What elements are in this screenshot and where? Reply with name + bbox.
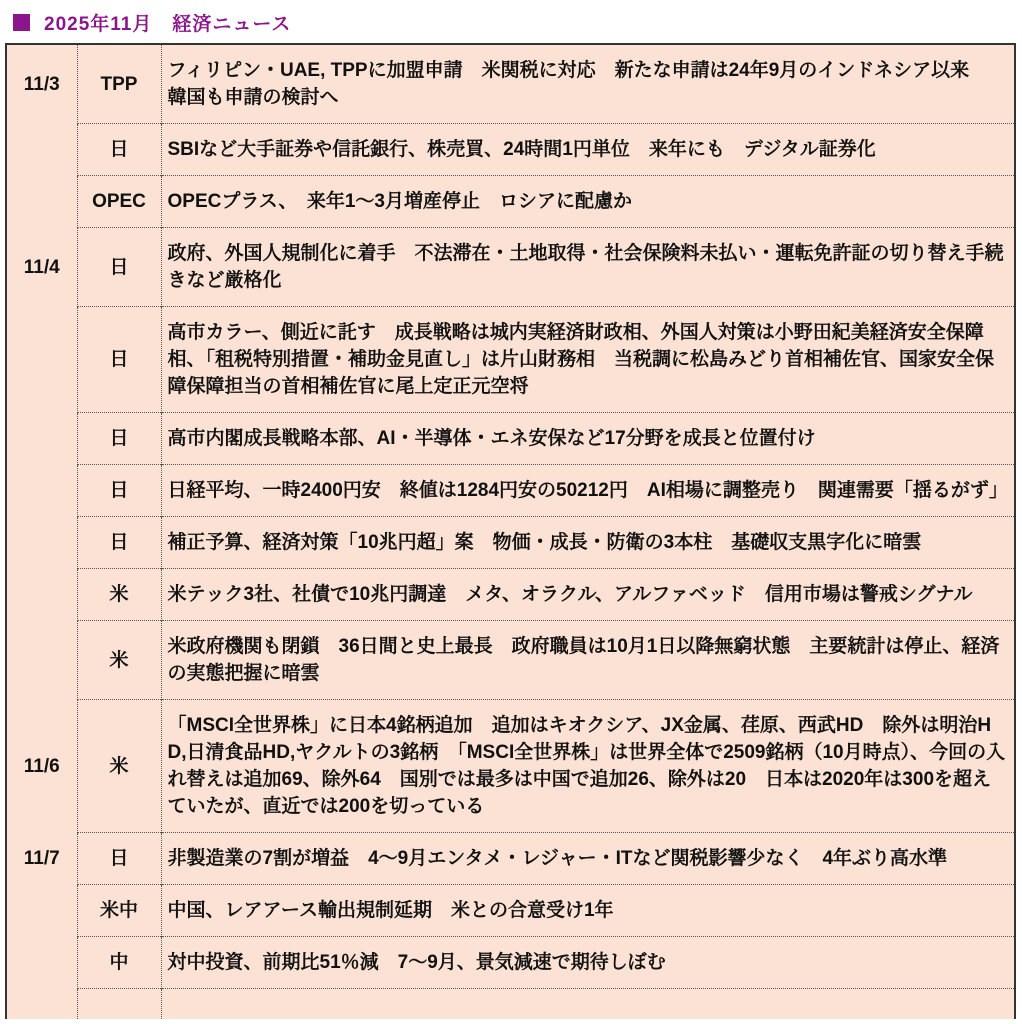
news-text-cell: 「MSCI全世界株」に日本4銘柄追加 追加はキオクシア、JX金属、荏原、西武HD…: [161, 700, 1015, 833]
category-cell: 日: [77, 413, 161, 465]
category-cell: 日: [77, 465, 161, 517]
category-cell: [77, 989, 161, 1019]
table-row: 日 SBIなど大手証券や信託銀行、株売買、24時間1円単位 来年にも デジタル証…: [6, 124, 1015, 176]
news-text-cell: SBIなど大手証券や信託銀行、株売買、24時間1円単位 来年にも デジタル証券化: [161, 124, 1015, 176]
news-table: 11/3 TPP フィリピン・UAE, TPPに加盟申請 米関税に対応 新たな申…: [5, 43, 1016, 1019]
category-cell: 米: [77, 621, 161, 700]
table-row: 日 高市カラー、側近に託す 成長戦略は城内実経済財政相、外国人対策は小野田紀美経…: [6, 307, 1015, 413]
square-bullet-icon: [13, 14, 30, 31]
news-text-cell: 中国、レアアース輸出規制延期 米との合意受け1年: [161, 885, 1015, 937]
table-row: OPEC OPECプラス、 来年1～3月増産停止 ロシアに配慮か: [6, 176, 1015, 228]
news-text-cell: 対中投資、前期比51％減 7～9月、景気減速で期待しぼむ: [161, 937, 1015, 989]
news-text-cell: 非製造業の7割が増益 4～9月エンタメ・レジャー・ITなど関税影響少なく 4年ぶ…: [161, 833, 1015, 885]
category-cell: 日: [77, 124, 161, 176]
table-row: 中 対中投資、前期比51％減 7～9月、景気減速で期待しぼむ: [6, 937, 1015, 989]
category-cell: 日: [77, 228, 161, 307]
category-cell: 日: [77, 307, 161, 413]
table-row: 11/7 日 非製造業の7割が増益 4～9月エンタメ・レジャー・ITなど関税影響…: [6, 833, 1015, 885]
date-cell: 11/4: [6, 228, 77, 307]
date-cell: [6, 989, 77, 1019]
table-row: [6, 989, 1015, 1019]
table-row: 11/3 TPP フィリピン・UAE, TPPに加盟申請 米関税に対応 新たな申…: [6, 44, 1015, 124]
page: { "colors":{ "accent":"#8b168b", "cell_b…: [0, 0, 1022, 1024]
table-row: 日 日経平均、一時2400円安 終値は1284円安の50212円 AI相場に調整…: [6, 465, 1015, 517]
category-cell: 米: [77, 569, 161, 621]
news-text-cell: 補正予算、経済対策「10兆円超」案 物価・成長・防衛の3本柱 基礎収支黒字化に暗…: [161, 517, 1015, 569]
date-cell: 11/3: [6, 44, 77, 124]
news-text-cell: 政府、外国人規制化に着手 不法滞在・土地取得・社会保険料未払い・運転免許証の切り…: [161, 228, 1015, 307]
date-cell: [6, 176, 77, 228]
category-cell: 米: [77, 700, 161, 833]
date-cell: [6, 937, 77, 989]
table-row: 米中 中国、レアアース輸出規制延期 米との合意受け1年: [6, 885, 1015, 937]
category-cell: OPEC: [77, 176, 161, 228]
table-row: 日 補正予算、経済対策「10兆円超」案 物価・成長・防衛の3本柱 基礎収支黒字化…: [6, 517, 1015, 569]
news-text-cell: OPECプラス、 来年1～3月増産停止 ロシアに配慮か: [161, 176, 1015, 228]
news-text-cell: [161, 989, 1015, 1019]
category-cell: 米中: [77, 885, 161, 937]
news-text-cell: 高市カラー、側近に託す 成長戦略は城内実経済財政相、外国人対策は小野田紀美経済安…: [161, 307, 1015, 413]
table-row: 日 高市内閣成長戦略本部、AI・半導体・エネ安保など17分野を成長と位置付け: [6, 413, 1015, 465]
date-cell: [6, 465, 77, 517]
category-cell: 日: [77, 517, 161, 569]
news-text-cell: 米政府機関も閉鎖 36日間と史上最長 政府職員は10月1日以降無窮状態 主要統計…: [161, 621, 1015, 700]
date-cell: [6, 517, 77, 569]
news-text-cell: 米テック3社、社債で10兆円調達 メタ、オラクル、アルファベッド 信用市場は警戒…: [161, 569, 1015, 621]
table-row: 米 米政府機関も閉鎖 36日間と史上最長 政府職員は10月1日以降無窮状態 主要…: [6, 621, 1015, 700]
date-cell: [6, 885, 77, 937]
date-cell: 11/7: [6, 833, 77, 885]
news-text-cell: 日経平均、一時2400円安 終値は1284円安の50212円 AI相場に調整売り…: [161, 465, 1015, 517]
date-cell: [6, 413, 77, 465]
news-text-cell: 高市内閣成長戦略本部、AI・半導体・エネ安保など17分野を成長と位置付け: [161, 413, 1015, 465]
category-cell: TPP: [77, 44, 161, 124]
category-cell: 中: [77, 937, 161, 989]
date-cell: [6, 569, 77, 621]
table-row: 11/6 米 「MSCI全世界株」に日本4銘柄追加 追加はキオクシア、JX金属、…: [6, 700, 1015, 833]
page-title-text: 2025年11月 経済ニュース: [44, 9, 291, 36]
news-table-body: 11/3 TPP フィリピン・UAE, TPPに加盟申請 米関税に対応 新たな申…: [6, 44, 1015, 1019]
date-cell: 11/6: [6, 700, 77, 833]
date-cell: [6, 307, 77, 413]
table-row: 11/4 日 政府、外国人規制化に着手 不法滞在・土地取得・社会保険料未払い・運…: [6, 228, 1015, 307]
page-title: 2025年11月 経済ニュース: [0, 0, 1022, 43]
category-cell: 日: [77, 833, 161, 885]
news-text-cell: フィリピン・UAE, TPPに加盟申請 米関税に対応 新たな申請は24年9月のイ…: [161, 44, 1015, 124]
table-row: 米 米テック3社、社債で10兆円調達 メタ、オラクル、アルファベッド 信用市場は…: [6, 569, 1015, 621]
date-cell: [6, 621, 77, 700]
date-cell: [6, 124, 77, 176]
